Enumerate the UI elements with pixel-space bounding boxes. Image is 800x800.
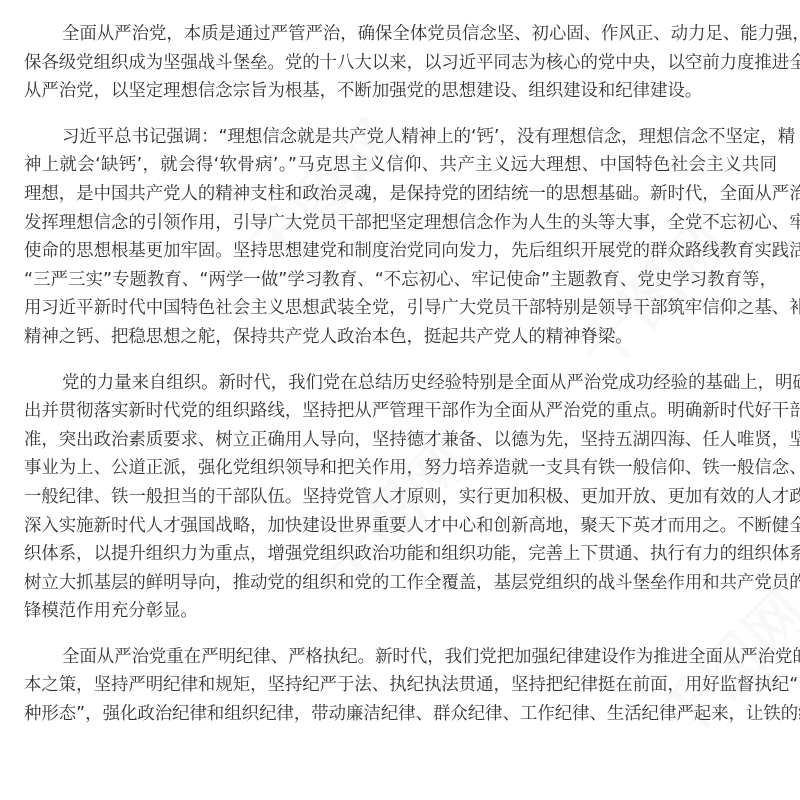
- paragraph: 全面从严治党，本质是通过严管严治，确保全体党员信念坚、初心固、作风正、动力足、能…: [24, 20, 777, 106]
- text-line: 深入实施新时代人才强国战略，加快建设世界重要人才中心和创新高地，聚天下英才而用之…: [24, 512, 777, 541]
- text-line: 种形态”，强化政治纪律和组织纪律，带动廉洁纪律、群众纪律、工作纪律、生活纪律严起…: [24, 700, 777, 729]
- text-line: 用习近平新时代中国特色社会主义思想武装全党，引导广大党员干部特别是领导干部筑牢信…: [24, 294, 777, 323]
- text-line: 准，突出政治素质要求、树立正确用人导向，坚持德才兼备、以德为先，坚持五湖四海、任…: [24, 426, 777, 455]
- paragraph: 党的力量来自组织。新时代，我们党在总结历史经验特别是全面从严治党成功经验的基础上…: [24, 369, 777, 626]
- text-line: 出并贯彻落实新时代党的组织路线，坚持把从严管理干部作为全面从严治党的重点。明确新…: [24, 397, 777, 426]
- text-line: 事业为上、公道正派，强化党组织领导和把关作用，努力培养造就一支具有铁一般信仰、铁…: [24, 454, 777, 483]
- text-line: 精神之钙、把稳思想之舵，保持共产党人政治本色，挺起共产党人的精神脊梁。: [24, 323, 777, 352]
- text-line: 树立大抓基层的鲜明导向，推动党的组织和党的工作全覆盖，基层党组织的战斗堡垒作用和…: [24, 569, 777, 598]
- text-line: 习近平总书记强调：“理想信念就是共产党人精神上的‘钙’，没有理想信念，理想信念不…: [24, 123, 777, 152]
- paragraph: 习近平总书记强调：“理想信念就是共产党人精神上的‘钙’，没有理想信念，理想信念不…: [24, 123, 777, 352]
- text-line: 保各级党组织成为坚强战斗堡垒。党的十八大以来，以习近平同志为核心的党中央，以空前…: [24, 49, 777, 78]
- text-line: 发挥理想信念的引领作用，引导广大党员干部把坚定理想信念作为人生的头等大事，全党不…: [24, 209, 777, 238]
- text-line: “三严三实”专题教育、“两学一做”学习教育、“不忘初心、牢记使命”主题教育、党史…: [24, 266, 777, 295]
- text-line: 从严治党，以坚定理想信念宗旨为根基，不断加强党的思想建设、组织建设和纪律建设。: [24, 77, 777, 106]
- document-body: 全面从严治党，本质是通过严管严治，确保全体党员信念坚、初心固、作风正、动力足、能…: [24, 20, 777, 746]
- text-line: 本之策，坚持严明纪律和规矩，坚持纪严于法、执纪执法贯通，坚持把纪律挺在前面，用好…: [24, 671, 777, 700]
- text-line: 全面从严治党重在严明纪律、严格执纪。新时代，我们党把加强纪律建设作为推进全面从严…: [24, 643, 777, 672]
- text-line: 理想，是中国共产党人的精神支柱和政治灵魂，是保持党的团结统一的思想基础。新时代，…: [24, 180, 777, 209]
- text-line: 党的力量来自组织。新时代，我们党在总结历史经验特别是全面从严治党成功经验的基础上…: [24, 369, 777, 398]
- text-line: 织体系，以提升组织力为重点，增强党组织政治功能和组织功能，完善上下贯通、执行有力…: [24, 540, 777, 569]
- text-line: 神上就会‘缺钙’，就会得‘软骨病’。”马克思主义信仰、共产主义远大理想、中国特色…: [24, 151, 777, 180]
- text-line: 全面从严治党，本质是通过严管严治，确保全体党员信念坚、初心固、作风正、动力足、能…: [24, 20, 777, 49]
- text-line: 使命的思想根基更加牢固。坚持思想建党和制度治党同向发力，先后组织开展党的群众路线…: [24, 237, 777, 266]
- text-line: 锋模范作用充分彰显。: [24, 597, 777, 626]
- paragraph: 全面从严治党重在严明纪律、严格执纪。新时代，我们党把加强纪律建设作为推进全面从严…: [24, 643, 777, 729]
- text-line: 一般纪律、铁一般担当的干部队伍。坚持党管人才原则，实行更加积极、更加开放、更加有…: [24, 483, 777, 512]
